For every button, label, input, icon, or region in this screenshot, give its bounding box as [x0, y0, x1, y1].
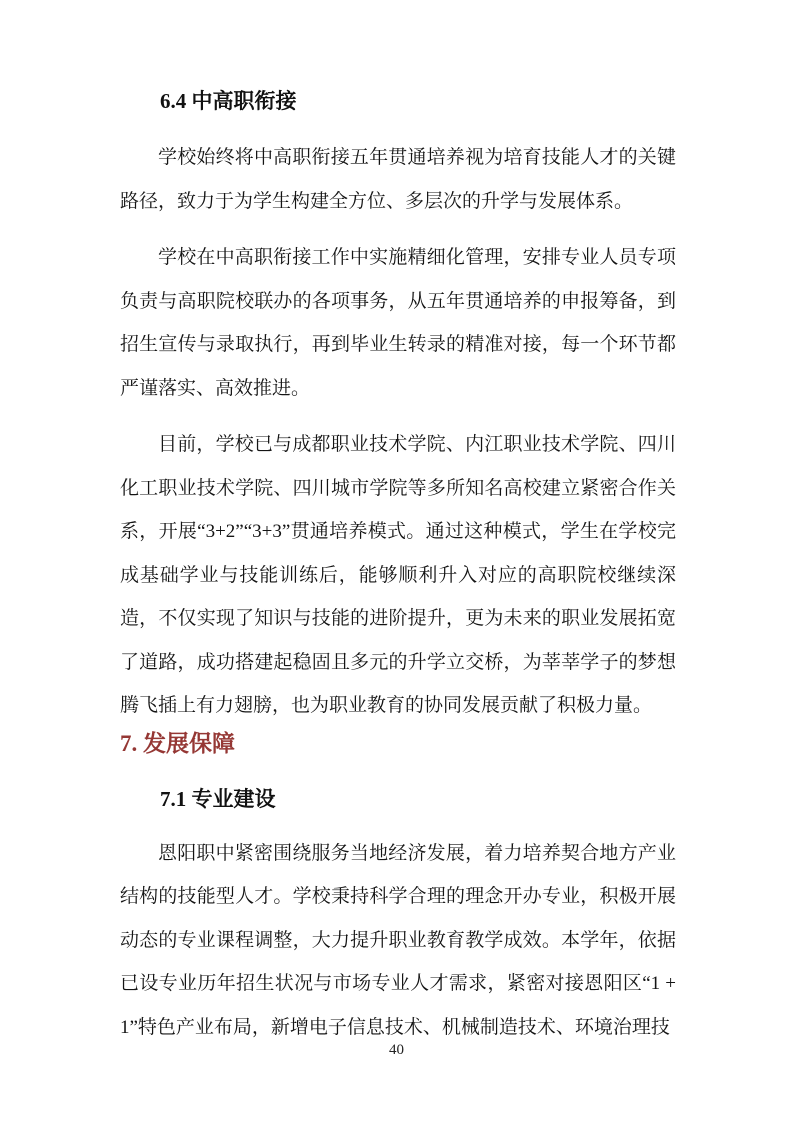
page-number: 40 [0, 1040, 793, 1060]
chapter-heading-7: 7. 发展保障 [120, 729, 676, 759]
paragraph-1: 学校始终将中高职衔接五年贯通培养视为培育技能人才的关键路径，致力于为学生构建全方… [120, 136, 676, 223]
paragraph-3: 目前，学校已与成都职业技术学院、内江职业技术学院、四川化工职业技术学院、四川城市… [120, 423, 676, 728]
paragraph-4: 恩阳职中紧密围绕服务当地经济发展，着力培养契合地方产业结构的技能型人才。学校秉持… [120, 832, 676, 1050]
document-page: 6.4 中高职衔接 学校始终将中高职衔接五年贯通培养视为培育技能人才的关键路径，… [0, 0, 793, 1122]
section-heading-6-4: 6.4 中高职衔接 [120, 86, 676, 116]
paragraph-2: 学校在中高职衔接工作中实施精细化管理，安排专业人员专项负责与高职院校联办的各项事… [120, 236, 676, 410]
section-heading-7-1: 7.1 专业建设 [120, 784, 676, 814]
